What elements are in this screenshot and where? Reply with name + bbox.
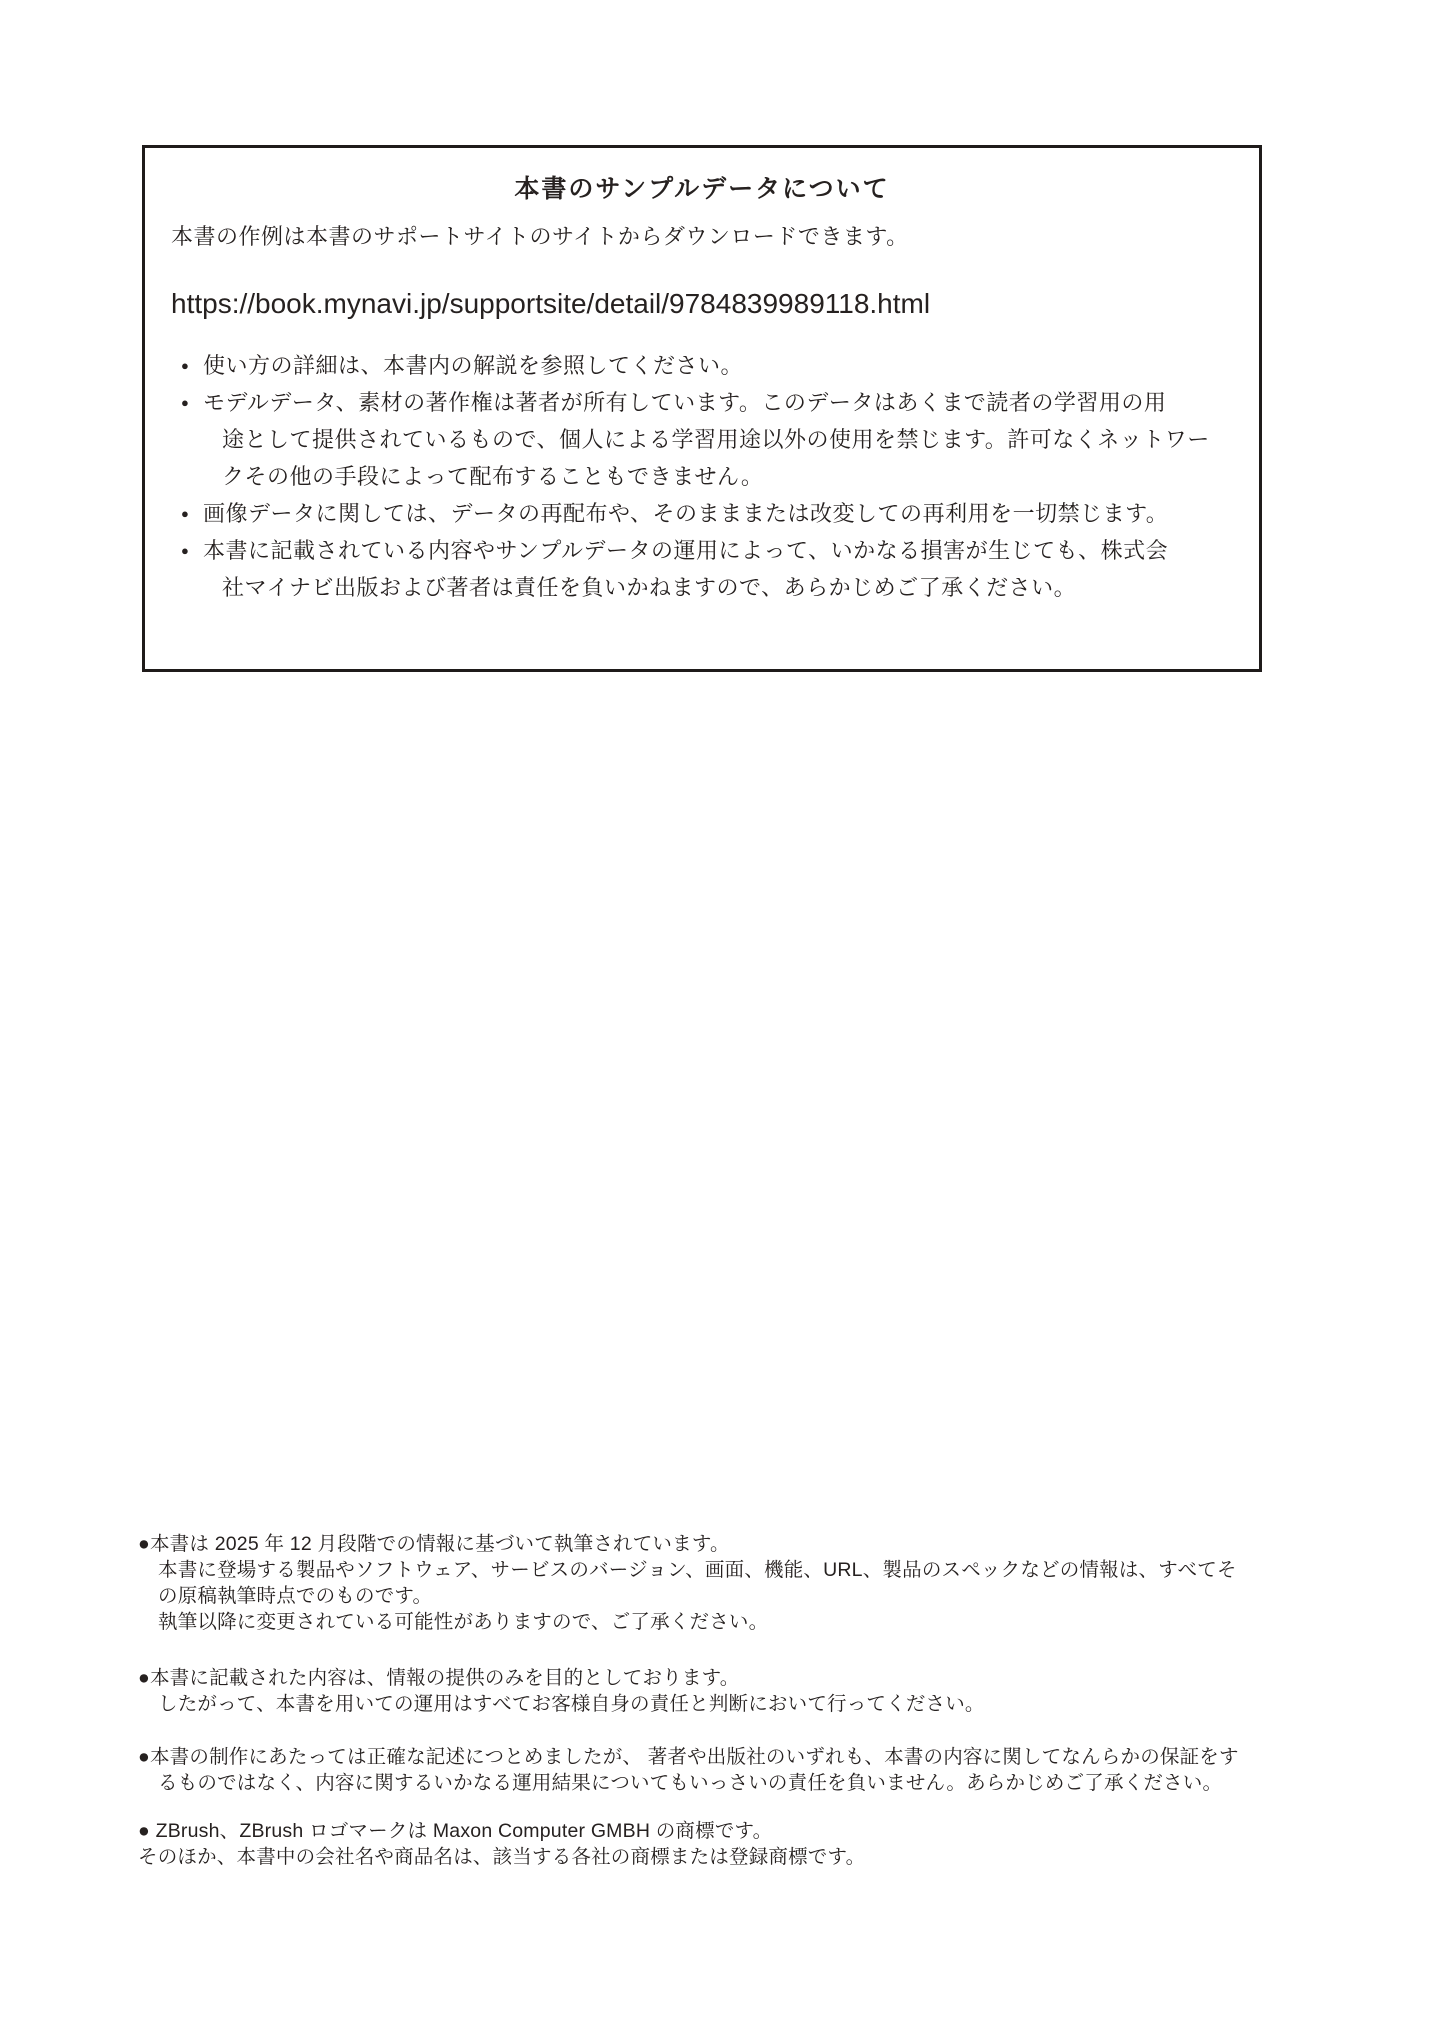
bullet-text: 途として提供されているもので、個人による学習用途以外の使用を禁じます。許可なくネ… bbox=[222, 427, 1210, 452]
note-publication-info: ●本書は 2025 年 12 月段階での情報に基づいて執筆されています。 本書に… bbox=[138, 1531, 1418, 1635]
note-line: ●本書に記載された内容は、情報の提供のみを目的としております。 bbox=[138, 1665, 1418, 1691]
bullet-item-copyright-line2: 途として提供されているもので、個人による学習用途以外の使用を禁じます。許可なくネ… bbox=[145, 421, 1259, 458]
note-line: そのほか、本書中の会社名や商品名は、該当する各社の商標または登録商標です。 bbox=[138, 1844, 1418, 1870]
note-information-purpose: ●本書に記載された内容は、情報の提供のみを目的としております。 したがって、本書… bbox=[138, 1665, 1418, 1717]
note-line: ● ZBrush、ZBrush ロゴマークは Maxon Computer GM… bbox=[138, 1818, 1418, 1844]
bullet-item-liability-line2: 社マイナビ出版および著者は責任を負いかねますので、あらかじめご了承ください。 bbox=[145, 569, 1259, 606]
bullet-text: モデルデータ、素材の著作権は著者が所有しています。このデータはあくまで読者の学習… bbox=[203, 390, 1166, 415]
bullet-text: クその他の手段によって配布することもできません。 bbox=[222, 464, 763, 489]
note-line: 本書に登場する製品やソフトウェア、サービスのバージョン、画面、機能、URL、製品… bbox=[138, 1557, 1418, 1583]
bullet-item-usage: ●使い方の詳細は、本書内の解説を参照してください。 bbox=[145, 347, 1259, 384]
bullet-text: 使い方の詳細は、本書内の解説を参照してください。 bbox=[203, 353, 743, 378]
bullet-icon: ● bbox=[181, 347, 203, 384]
bullet-text: 画像データに関しては、データの再配布や、そのまままたは改変しての再利用を一切禁じ… bbox=[203, 501, 1168, 526]
box-bullet-list: ●使い方の詳細は、本書内の解説を参照してください。 ●モデルデータ、素材の著作権… bbox=[145, 347, 1259, 606]
bullet-item-image-data: ●画像データに関しては、データの再配布や、そのまままたは改変しての再利用を一切禁… bbox=[145, 495, 1259, 532]
note-trademarks: ● ZBrush、ZBrush ロゴマークは Maxon Computer GM… bbox=[138, 1818, 1418, 1870]
sample-data-box: 本書のサンプルデータについて 本書の作例は本書のサポートサイトのサイトからダウン… bbox=[142, 145, 1262, 672]
box-intro-text: 本書の作例は本書のサポートサイトのサイトからダウンロードできます。 bbox=[171, 224, 1259, 250]
note-line: ●本書は 2025 年 12 月段階での情報に基づいて執筆されています。 bbox=[138, 1531, 1418, 1557]
note-line: 執筆以降に変更されている可能性がありますので、ご了承ください。 bbox=[138, 1609, 1418, 1635]
colophon-notes: ●本書は 2025 年 12 月段階での情報に基づいて執筆されています。 本書に… bbox=[138, 1531, 1418, 1870]
bullet-item-liability: ●本書に記載されている内容やサンプルデータの運用によって、いかなる損害が生じても… bbox=[145, 532, 1259, 569]
bullet-item-copyright: ●モデルデータ、素材の著作権は著者が所有しています。このデータはあくまで読者の学… bbox=[145, 384, 1259, 421]
note-line: の原稿執筆時点でのものです。 bbox=[138, 1583, 1418, 1609]
bullet-item-copyright-line3: クその他の手段によって配布することもできません。 bbox=[145, 458, 1259, 495]
support-site-url: https://book.mynavi.jp/supportsite/detai… bbox=[171, 288, 1259, 320]
book-colophon-page: 本書のサンプルデータについて 本書の作例は本書のサポートサイトのサイトからダウン… bbox=[0, 0, 1433, 2024]
bullet-text: 本書に記載されている内容やサンプルデータの運用によって、いかなる損害が生じても、… bbox=[203, 538, 1168, 563]
note-line: るものではなく、内容に関するいかなる運用結果についてもいっさいの責任を負いません… bbox=[138, 1770, 1418, 1796]
box-title: 本書のサンプルデータについて bbox=[145, 176, 1259, 202]
bullet-icon: ● bbox=[181, 384, 203, 421]
bullet-icon: ● bbox=[181, 532, 203, 569]
note-line: したがって、本書を用いての運用はすべてお客様自身の責任と判断において行ってくださ… bbox=[138, 1691, 1418, 1717]
bullet-text: 社マイナビ出版および著者は責任を負いかねますので、あらかじめご了承ください。 bbox=[222, 575, 1076, 600]
bullet-icon: ● bbox=[181, 495, 203, 532]
note-no-warranty: ●本書の制作にあたっては正確な記述につとめましたが、 著者や出版社のいずれも、本… bbox=[138, 1744, 1418, 1796]
note-line: ●本書の制作にあたっては正確な記述につとめましたが、 著者や出版社のいずれも、本… bbox=[138, 1744, 1418, 1770]
